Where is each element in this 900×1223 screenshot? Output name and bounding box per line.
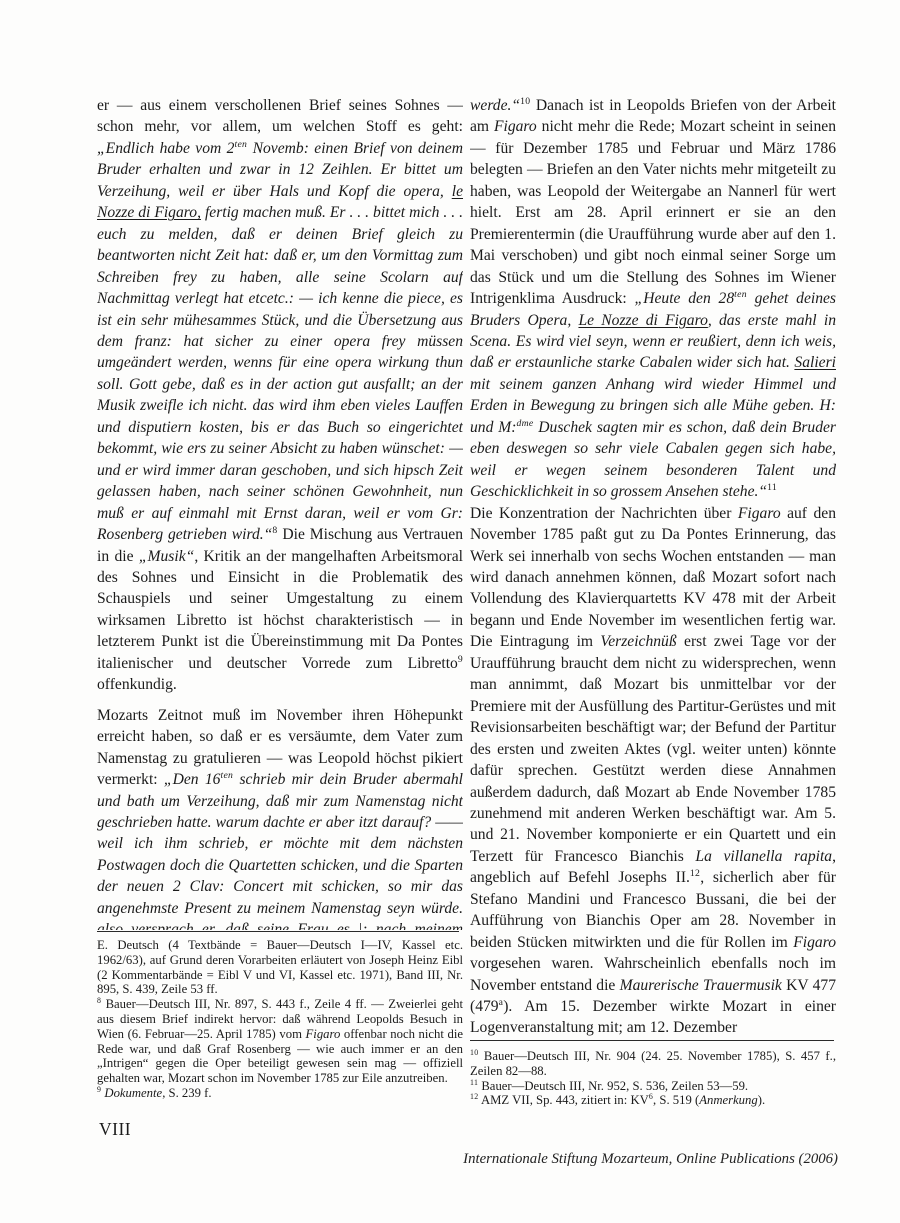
footnote-marker: ten xyxy=(220,770,233,781)
text-run: , S. 239 f. xyxy=(162,1086,211,1100)
page-footer: Internationale Stiftung Mozarteum, Onlin… xyxy=(380,1151,838,1168)
paragraph: 8 Bauer—Deutsch III, Nr. 897, S. 443 f.,… xyxy=(97,997,463,1086)
text-run: La villanella rapita xyxy=(695,848,832,865)
text-run: Dokumente xyxy=(104,1086,162,1100)
footnote-marker: 11 xyxy=(767,482,777,493)
footnote-marker: dme xyxy=(516,418,533,429)
text-run: Le Nozze di Figaro xyxy=(578,312,707,329)
footnote-marker: 11 xyxy=(470,1077,478,1086)
text-run: Duschek sagten mir es schon, daß dein Br… xyxy=(470,419,836,500)
text-run: er — aus einem verschollenen Brief seine… xyxy=(97,97,463,135)
text-run: erst zwei Tage vor der Uraufführung brau… xyxy=(470,633,836,865)
text-run: AMZ VII, Sp. 443, zitiert in: KV xyxy=(478,1093,648,1107)
text-run: Bauer—Deutsch III, Nr. 904 (24. 25. Nove… xyxy=(470,1049,836,1078)
text-run: Anmerkung xyxy=(699,1093,758,1107)
text-run: Figaro xyxy=(793,934,836,951)
text-run: es |: nach meinem xyxy=(329,921,463,930)
paragraph: E. Deutsch (4 Textbände = Bauer—Deutsch … xyxy=(97,938,463,997)
text-run: Figaro xyxy=(738,505,781,522)
right-text-column: werde.“10 Danach ist in Leopolds Briefen… xyxy=(470,95,836,1042)
paragraph: werde.“10 Danach ist in Leopolds Briefen… xyxy=(470,95,836,503)
text-run: Salieri xyxy=(794,354,836,371)
left-text-column: er — aus einem verschollenen Brief seine… xyxy=(97,95,463,930)
text-run: „Den 16 xyxy=(164,771,221,788)
text-run: auf den November 1785 paßt gut zu Da Pon… xyxy=(470,505,836,651)
paragraph: 10 Bauer—Deutsch III, Nr. 904 (24. 25. N… xyxy=(470,1049,836,1079)
footnote-separator-left xyxy=(97,931,459,932)
footnotes-left: E. Deutsch (4 Textbände = Bauer—Deutsch … xyxy=(97,938,463,1118)
text-run: Die Konzentration der Nachrichten über xyxy=(470,505,738,522)
text-run: E. Deutsch (4 Textbände = Bauer—Deutsch … xyxy=(97,938,463,996)
paragraph: 11 Bauer—Deutsch III, Nr. 952, S. 536, Z… xyxy=(470,1079,836,1094)
footnote-marker: ten xyxy=(734,289,747,300)
text-run: „Endlich habe vom 2 xyxy=(97,140,234,157)
paragraph: er — aus einem verschollenen Brief seine… xyxy=(97,95,463,696)
text-run: nicht mehr die Rede; Mozart scheint in s… xyxy=(470,118,836,307)
text-run: offenkundig. xyxy=(97,676,177,693)
text-run: Figaro xyxy=(494,118,537,135)
text-run: schrieb mir dein Bruder abermahl und bat… xyxy=(97,771,463,930)
text-run: „Musik“ xyxy=(139,548,194,565)
footnotes-right: 10 Bauer—Deutsch III, Nr. 904 (24. 25. N… xyxy=(470,1049,836,1144)
footnote-marker: 10 xyxy=(520,96,530,107)
footnote-separator-right xyxy=(470,1040,834,1041)
text-run: Verzeichnüß xyxy=(600,633,676,650)
paragraph: 12 AMZ VII, Sp. 443, zitiert in: KV6, S.… xyxy=(470,1093,836,1108)
text-run: seine Frau xyxy=(257,921,329,930)
text-run: „Heute den 28 xyxy=(635,290,735,307)
text-run: Figaro xyxy=(306,1027,341,1041)
text-run: , S. 519 ( xyxy=(653,1093,699,1107)
paragraph: 9 Dokumente, S. 239 f. xyxy=(97,1086,463,1101)
text-run: werde.“ xyxy=(470,97,520,114)
text-run: Bauer—Deutsch III, Nr. 952, S. 536, Zeil… xyxy=(478,1079,748,1093)
paragraph: Mozarts Zeitnot muß im November ihren Hö… xyxy=(97,705,463,930)
footnote-marker: 12 xyxy=(690,868,700,879)
text-run: , Kritik an der mangelhaften Arbeitsmora… xyxy=(97,548,463,672)
text-run: ). Am 15. Dezember wirkte Mozart in eine… xyxy=(470,998,836,1036)
paragraph: Die Konzentration der Nachrichten über F… xyxy=(470,503,836,1039)
footnote-marker: ten xyxy=(234,139,247,150)
page-number: VIII xyxy=(99,1119,131,1140)
text-run: ). xyxy=(758,1093,765,1107)
footnote-marker: 9 xyxy=(458,654,463,665)
text-run: fertig machen muß. Er . . . bittet mich … xyxy=(97,204,463,543)
text-run: Maurerische Trauermusik xyxy=(620,977,782,994)
